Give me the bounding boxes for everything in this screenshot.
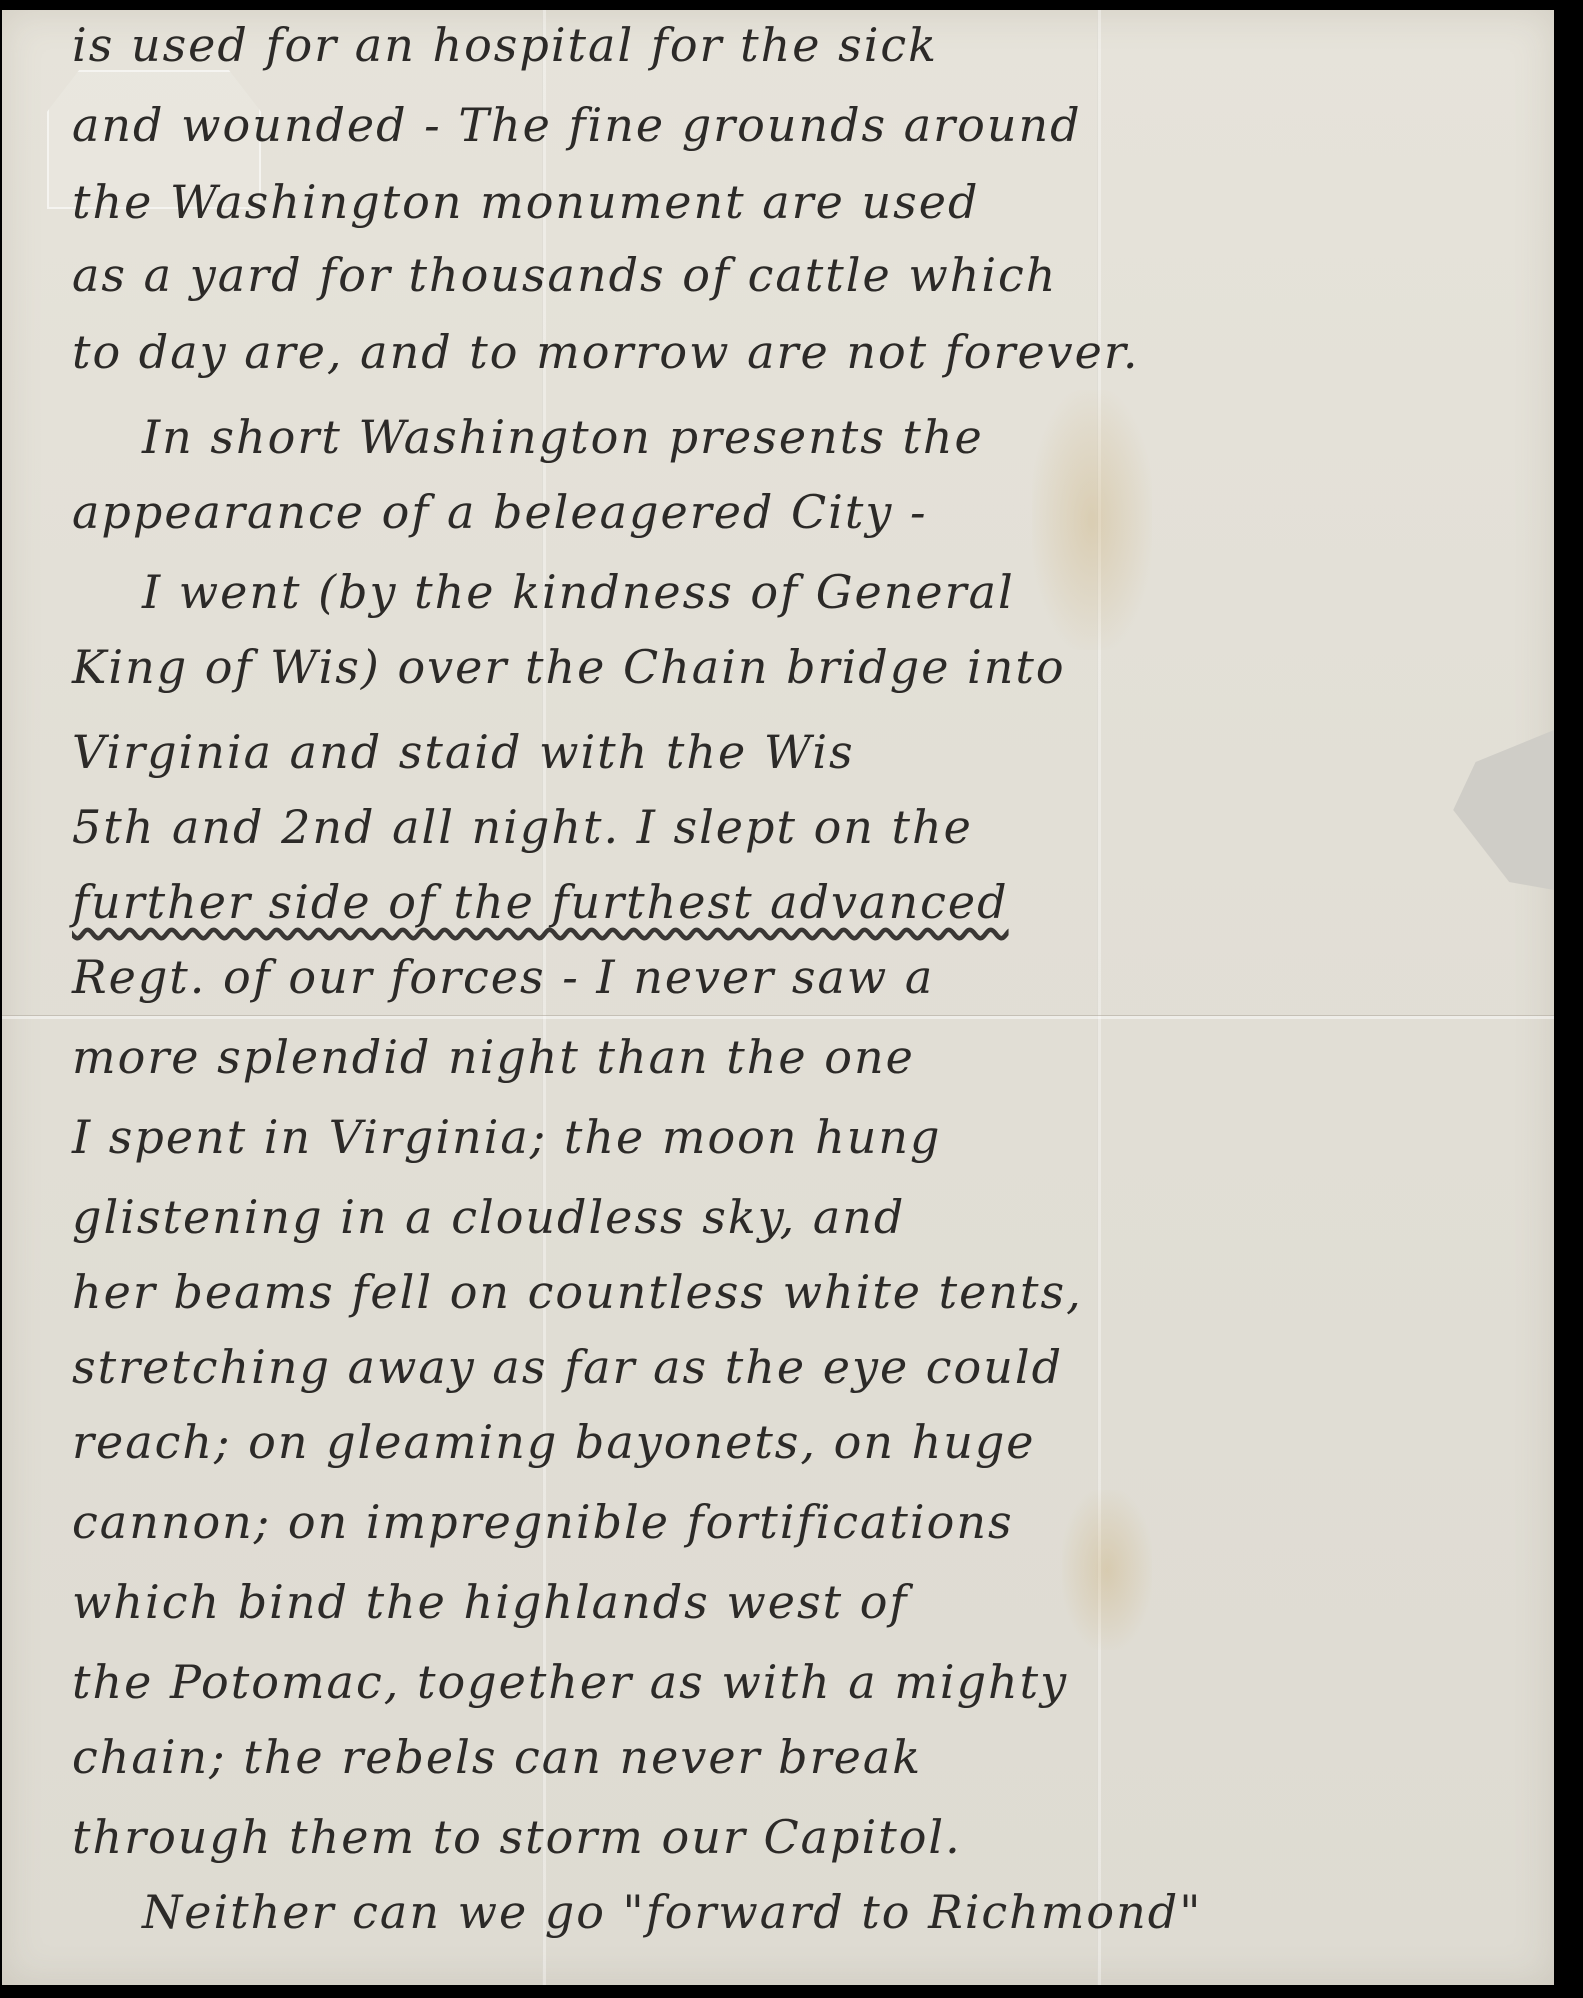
letter-page: is used for an hospital for the sick and… (2, 10, 1554, 1985)
text-line: more splendid night than the one (72, 1030, 915, 1084)
text-line: King of Wis) over the Chain bridge into (72, 640, 1066, 694)
text-line: I spent in Virginia; the moon hung (72, 1110, 941, 1164)
text-line: Virginia and staid with the Wis (72, 725, 855, 779)
text-line: Regt. of our forces - I never saw a (72, 950, 934, 1004)
text-line: her beams fell on countless white tents, (72, 1265, 1083, 1319)
text-line: cannon; on impregnible fortifications (72, 1495, 1014, 1549)
text-line: is used for an hospital for the sick (72, 18, 938, 72)
text-line: stretching away as far as the eye could (72, 1340, 1063, 1394)
text-line: the Washington monument are used (72, 175, 979, 229)
text-line: as a yard for thousands of cattle which (72, 248, 1057, 302)
text-line: chain; the rebels can never break (72, 1730, 922, 1784)
text-line: In short Washington presents the (142, 410, 984, 464)
text-line: appearance of a beleagered City - (72, 485, 928, 539)
text-line: to day are, and to morrow are not foreve… (72, 325, 1139, 379)
text-line: Neither can we go "forward to Richmond" (142, 1885, 1202, 1939)
text-line: through them to storm our Capitol. (72, 1810, 962, 1864)
text-line: 5th and 2nd all night. I slept on the (72, 800, 973, 854)
text-line: and wounded - The fine grounds around (72, 98, 1082, 152)
text-line: the Potomac, together as with a mighty (72, 1655, 1068, 1709)
handwritten-text: is used for an hospital for the sick and… (2, 10, 1554, 1985)
text-line: further side of the furthest advanced (72, 875, 1009, 929)
text-line: I went (by the kindness of General (142, 565, 1015, 619)
text-line: which bind the highlands west of (72, 1575, 908, 1629)
text-line: glistening in a cloudless sky, and (72, 1190, 905, 1244)
text-line: reach; on gleaming bayonets, on huge (72, 1415, 1036, 1469)
